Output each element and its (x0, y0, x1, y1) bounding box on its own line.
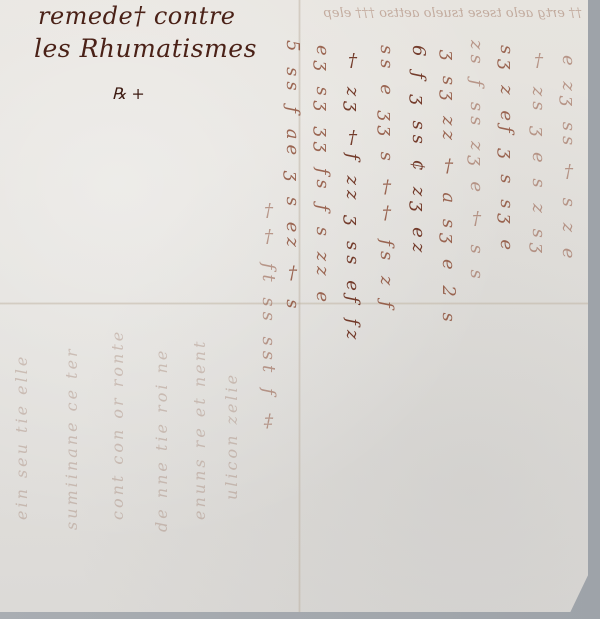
document-heading: remede† contre les Rhumatismes (38, 4, 257, 61)
cipher-column: † zʒ †f zz ʒ ss eƒ fz (342, 50, 363, 610)
cipher-column: sʒ z eƒ ʒ s sʒ e (496, 45, 517, 605)
cipher-column: zs ƒ ss zʒ e † s s (466, 40, 487, 600)
heading-line-1: remede† contre (38, 4, 257, 28)
top-bleed-through-text: †† ertg aelo tsese tsuelo aettso ††† ele… (262, 6, 582, 21)
cipher-column: † zs ʒ e s z sʒ (528, 50, 549, 590)
cipher-column: eʒ sʒ ʒʒ fs ƒ s zz e (312, 45, 333, 605)
cipher-column: 6 ƒ ʒ ss ¢ zʒ ez (408, 45, 429, 605)
recipe-mark: ℞ + (112, 84, 145, 103)
bleed-column: ein seu tie elle (12, 120, 31, 520)
cipher-column: ʒ sʒ zz † a sʒ e 2 s (438, 50, 459, 590)
cipher-column: ss e ʒʒ s †† fs z ƒ (376, 45, 397, 605)
cipher-column: 5 ss ƒ ae ʒ s ez † s (282, 40, 303, 600)
cipher-column: †† ft ss sst f ‡ (258, 200, 279, 500)
bleed-column: enuns re et nent (190, 120, 209, 520)
cipher-column: e zʒ ss † s z e (558, 55, 579, 585)
bleed-column: sumiinane ce ter (62, 110, 81, 530)
bleed-column: ulicon zelie (222, 240, 241, 500)
heading-line-2: les Rhumatismes (34, 36, 257, 61)
bleed-column: cont con or ronte (108, 120, 127, 520)
bleed-column: de nne tie roi ne (152, 112, 171, 532)
